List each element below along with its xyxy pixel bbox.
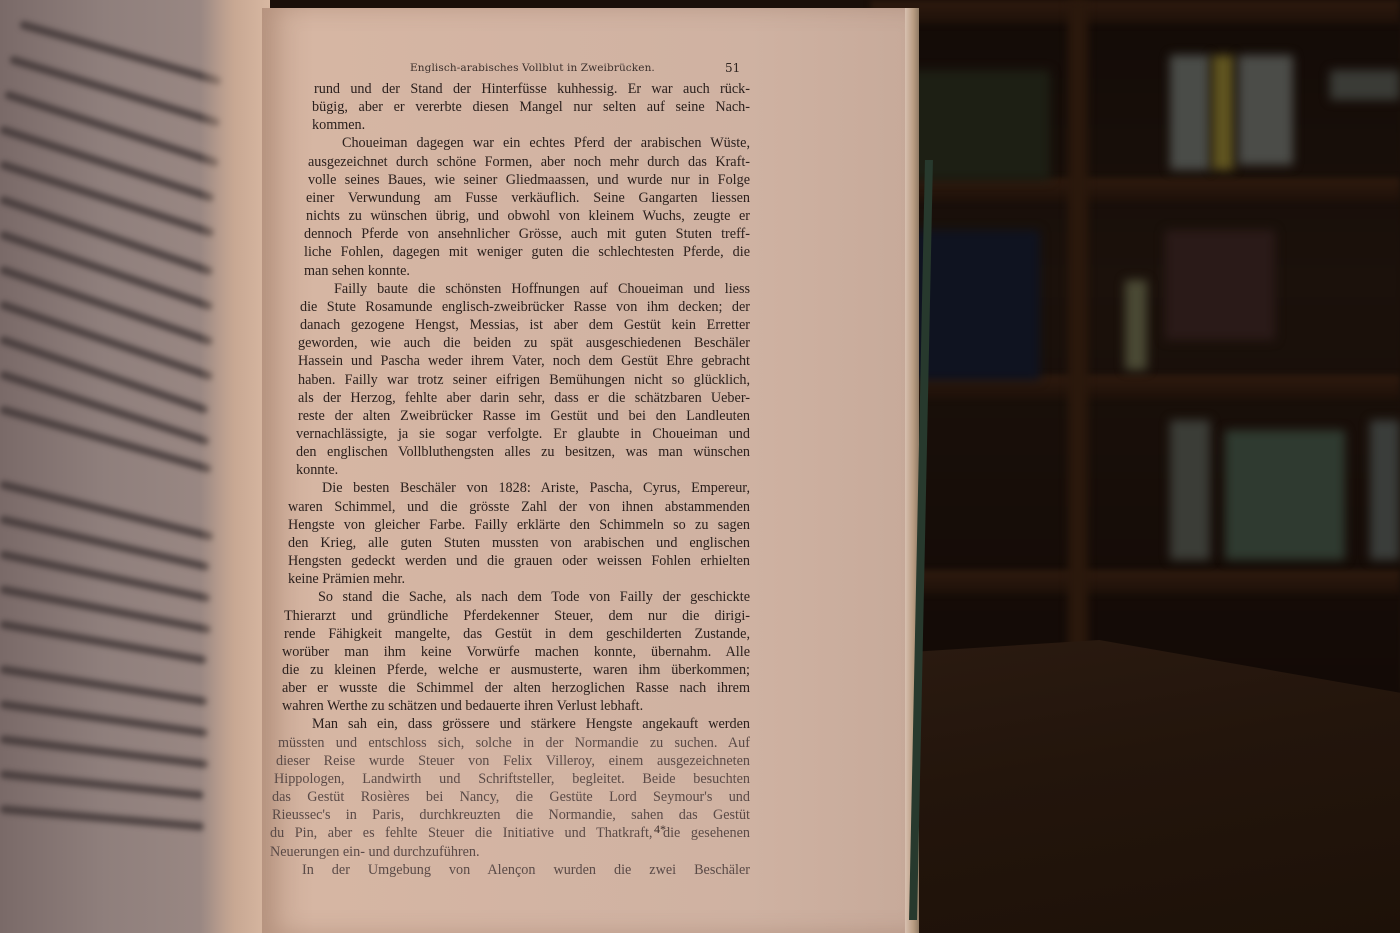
text-line: müssten und entschloss sich, solche in d…: [278, 734, 750, 752]
shelf-board: [870, 570, 1400, 594]
text-line: waren Schimmel, und die grösste Zahl der…: [288, 498, 750, 516]
text-line: danach gezogene Hengst, Messias, ist abe…: [300, 316, 750, 334]
text-line: worüber man ihm keine Vorwürfe machen ko…: [282, 643, 750, 661]
running-head: Englisch-arabisches Vollblut in Zweibrüc…: [410, 62, 740, 74]
page-number: 51: [725, 61, 740, 75]
text-line: dieser Reise wurde Steuer von Felix Vill…: [276, 752, 750, 770]
text-line: Neuerungen ein- und durchzuführen.: [270, 843, 750, 861]
shelf-post: [1068, 0, 1088, 650]
page-body-text: rund und der Stand der Hinterfüsse kuhhe…: [290, 80, 750, 879]
wooden-table: [915, 640, 1400, 933]
text-line: Thierarzt und gründliche Pferdekenner St…: [284, 607, 750, 625]
book-spine: [1370, 420, 1400, 560]
text-line: ausgezeichnet durch schöne Formen, aber …: [308, 153, 750, 171]
text-line: aber er wusste die Schimmel der alten he…: [282, 679, 750, 697]
text-line: den Krieg, alle guten Stuten mussten von…: [288, 534, 750, 552]
text-line: die zu kleinen Pferde, welche er ausmust…: [282, 661, 750, 679]
text-line: man sehen konnte.: [304, 262, 750, 280]
book-spine: [1170, 55, 1210, 170]
text-line: geworden, wie auch die beiden zu spät au…: [298, 334, 750, 352]
text-line: einer Verwundung am Fusse verkäuflich. S…: [306, 189, 750, 207]
text-line: Choueiman dagegen war ein echtes Pferd d…: [310, 134, 750, 152]
text-line: keine Prämien mehr.: [288, 570, 750, 588]
text-line: liche Fohlen, dagegen mit weniger guten …: [304, 243, 750, 261]
shelf-board: [870, 178, 1400, 202]
text-line: haben. Failly war trotz seiner eifrigen …: [298, 371, 750, 389]
text-line: bügig, aber er vererbte diesen Mangel nu…: [312, 98, 750, 116]
text-line: Hippologen, Landwirth und Schriftsteller…: [274, 770, 750, 788]
text-line: Die besten Beschäler von 1828: Ariste, P…: [290, 479, 750, 497]
text-line: Rieussec's in Paris, durchkreuzten die N…: [272, 806, 750, 824]
shelf-board: [870, 0, 1400, 24]
text-line: In der Umgebung von Alençon wurden die z…: [270, 861, 750, 879]
text-line: konnte.: [296, 461, 750, 479]
text-line: reste der alten Zweibrücker Rasse im Ges…: [298, 407, 750, 425]
book-spine: [1225, 430, 1345, 560]
text-line: du Pin, aber es fehlte Steuer die Initia…: [270, 824, 750, 842]
text-line: rende Fähigkeit mangelte, das Gestüt in …: [284, 625, 750, 643]
photo-scene: Englisch-arabisches Vollblut in Zweibrüc…: [0, 0, 1400, 933]
book-spine: [1212, 55, 1234, 170]
text-line: vernachlässigte, ja sie sogar verfolgte.…: [296, 425, 750, 443]
book-spine: [1125, 280, 1147, 370]
signature-mark: 4*: [654, 822, 666, 837]
text-line: kommen.: [312, 116, 750, 134]
text-line: die Stute Rosamunde englisch-zweibrücker…: [300, 298, 750, 316]
text-line: den englischen Vollbluthengsten alles zu…: [296, 443, 750, 461]
text-line: dennoch Pferde von ansehnlicher Grösse, …: [304, 225, 750, 243]
text-line: So stand die Sache, als nach dem Tode vo…: [286, 588, 750, 606]
book-spine: [1238, 55, 1293, 165]
text-line: wahren Werthe zu schätzen und bedauerte …: [282, 697, 750, 715]
text-line: volle seines Baues, wie seiner Gliedmaas…: [308, 171, 750, 189]
book-spine: [1170, 420, 1210, 560]
book-spine: [1330, 70, 1400, 100]
text-line: Failly baute die schönsten Hoffnungen au…: [302, 280, 750, 298]
text-line: Man sah ein, dass grössere und stärkere …: [280, 715, 750, 733]
text-line: nichts zu wünschen übrig, und obwohl von…: [306, 207, 750, 225]
book-spine: [1165, 230, 1275, 340]
text-line: Hassein und Pascha weder ihrem Vater, no…: [298, 352, 750, 370]
text-line: Hengsten gedeckt werden und die grauen o…: [288, 552, 750, 570]
text-line: rund und der Stand der Hinterfüsse kuhhe…: [314, 80, 750, 98]
text-line: Hengste von gleicher Farbe. Failly erklä…: [288, 516, 750, 534]
book-gutter: [200, 0, 270, 933]
text-line: das Gestüt Rosières bei Nancy, die Gestü…: [272, 788, 750, 806]
text-line: als der Herzog, fehlte aber darin sehr, …: [298, 389, 750, 407]
